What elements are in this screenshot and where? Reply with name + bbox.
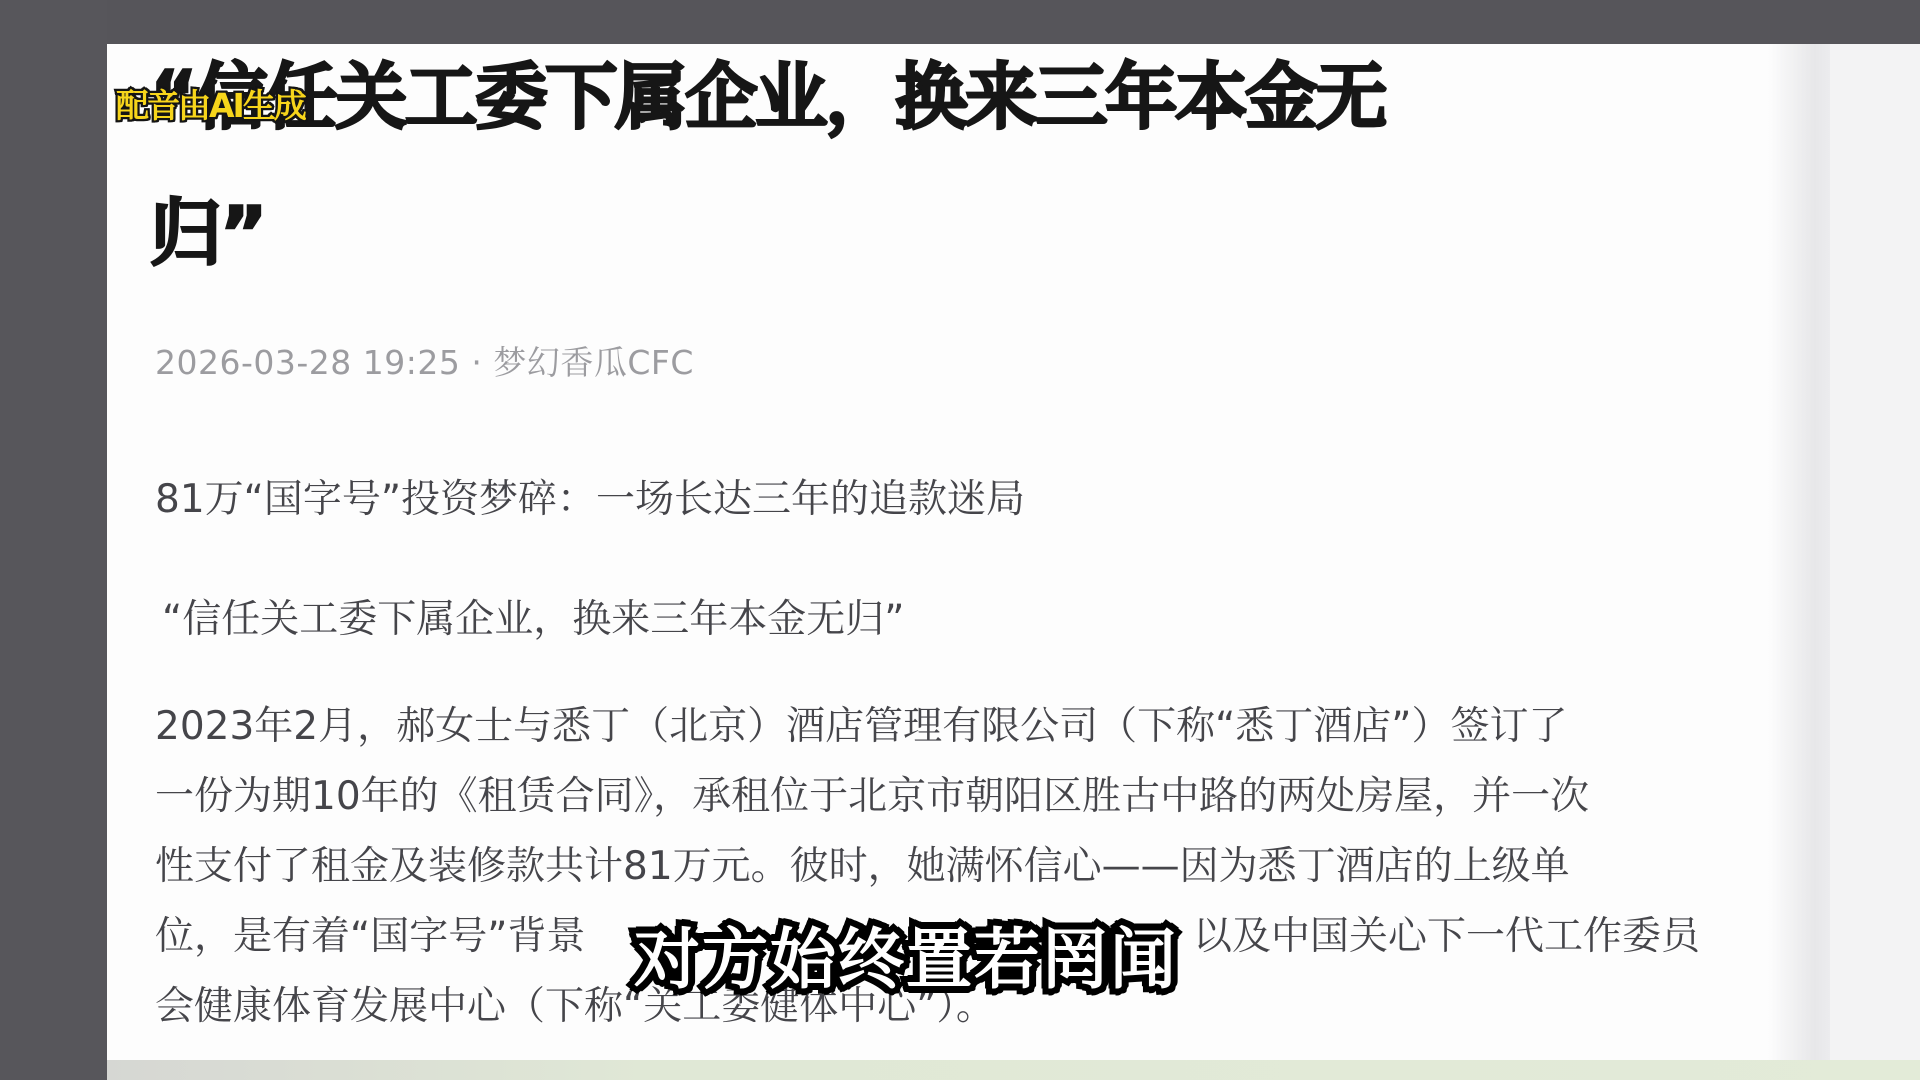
letterbox-top-bar <box>0 0 1920 44</box>
body-line: 2023年2月，郝女士与悉丁（北京）酒店管理有限公司（下称“悉丁酒店”）签订了 <box>155 692 1615 762</box>
article-title-line-1: “信任关工委下属企业，换来三年本金无 <box>150 29 1630 165</box>
video-subtitle-overlay: 对方始终置若罔闻 <box>634 920 1178 1000</box>
letterbox-left-bar <box>0 0 107 1080</box>
ai-voiceover-badge: 配音由AI生成 <box>116 80 305 127</box>
page-right-margin <box>1830 44 1920 1062</box>
body-line-left-fragment: 位，是有着“国字号”背景 <box>155 914 585 959</box>
page-bottom-strip <box>107 1060 1920 1080</box>
article-title: “信任关工委下属企业，换来三年本金无 归” <box>150 29 1630 301</box>
body-line-right-fragment: 以及中国关心下一代工作委员 <box>1193 902 1700 972</box>
paragraph-lead: 81万“国字号”投资梦碎：一场长达三年的追款迷局 <box>155 468 1605 524</box>
body-line: 一份为期10年的《租赁合同》，承租位于北京市朝阳区胜古中路的两处房屋，并一次 <box>155 762 1615 832</box>
paragraph-quote: “信任关工委下属企业，换来三年本金无归” <box>162 588 1612 644</box>
article-title-line-2: 归” <box>150 165 1630 301</box>
body-line: 性支付了租金及装修款共计81万元。彼时，她满怀信心——因为悉丁酒店的上级单 <box>155 832 1615 902</box>
page-edge-shadow <box>1768 44 1830 1062</box>
video-frame: “信任关工委下属企业，换来三年本金无 归” 2026-03-28 19:25 ·… <box>0 0 1920 1080</box>
article-meta: 2026-03-28 19:25 · 梦幻香瓜CFC <box>155 337 694 384</box>
